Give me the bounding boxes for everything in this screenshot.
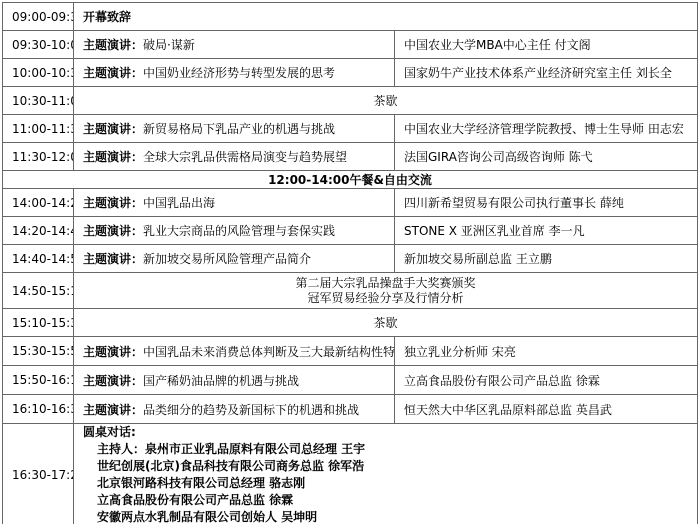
session-type-label: 主题演讲： <box>83 150 143 164</box>
session-type-label: 主题演讲： <box>83 196 143 210</box>
speaker-cell: 四川新希望贸易有限公司执行董事长 薛纯 <box>395 189 698 217</box>
table-row: 11:00-11:30 主题演讲：新贸易格局下乳品产业的机遇与挑战 中国农业大学… <box>3 115 698 143</box>
time-cell: 10:00-10:30 <box>3 59 74 87</box>
topic-cell: 主题演讲：新贸易格局下乳品产业的机遇与挑战 <box>74 115 395 143</box>
topic-cell: 主题演讲：乳业大宗商品的风险管理与套保实践 <box>74 217 395 245</box>
speaker-cell: 国家奶牛产业技术体系产业经济研究室主任 刘长全 <box>395 59 698 87</box>
time-cell: 15:10-15:30 <box>3 309 74 337</box>
session-topic: 破局·谋新 <box>143 38 195 52</box>
session-type-label: 主题演讲： <box>83 252 143 266</box>
topic-cell: 主题演讲：新加坡交易所风险管理产品简介 <box>74 245 395 273</box>
speaker-cell: 恒天然大中华区乳品原料部总监 英昌武 <box>395 395 698 424</box>
roundtable-panelist: 世纪创展(北京)食品科技有限公司商务总监 徐军浩 <box>83 458 688 475</box>
session-topic: 新加坡交易所风险管理产品简介 <box>143 252 311 266</box>
time-cell: 09:30-10:00 <box>3 31 74 59</box>
table-row: 14:20-14:40 主题演讲：乳业大宗商品的风险管理与套保实践 STONE … <box>3 217 698 245</box>
topic-cell: 主题演讲：中国乳品出海 <box>74 189 395 217</box>
agenda-schedule: 09:00-09:30 开幕致辞 09:30-10:00 主题演讲：破局·谋新 … <box>0 0 700 524</box>
lunch-cell: 12:00-14:00午餐&自由交流 <box>3 171 698 189</box>
time-cell: 15:50-16:10 <box>3 366 74 395</box>
tea-break-cell: 茶歇 <box>74 87 698 115</box>
roundtable-title: 圆桌对话: <box>83 424 688 441</box>
agenda-table: 09:00-09:30 开幕致辞 09:30-10:00 主题演讲：破局·谋新 … <box>2 2 698 524</box>
time-cell: 09:00-09:30 <box>3 3 74 31</box>
speaker-cell: 中国农业大学MBA中心主任 付文阁 <box>395 31 698 59</box>
topic-cell: 主题演讲：中国奶业经济形势与转型发展的思考 <box>74 59 395 87</box>
speaker-cell: STONE X 亚洲区乳业首席 李一凡 <box>395 217 698 245</box>
session-type-label: 主题演讲： <box>83 403 143 417</box>
speaker-cell: 立高食品股份有限公司产品总监 徐霖 <box>395 366 698 395</box>
table-row: 14:50-15:10 第二届大宗乳品操盘手大奖赛颁奖 冠军贸易经验分享及行情分… <box>3 273 698 309</box>
session-topic: 乳业大宗商品的风险管理与套保实践 <box>143 224 335 238</box>
roundtable-cell: 圆桌对话: 主持人：泉州市正业乳品原料有限公司总经理 王宇 世纪创展(北京)食品… <box>74 424 698 524</box>
session-type-label: 主题演讲： <box>83 38 143 52</box>
tea-break-cell: 茶歇 <box>74 309 698 337</box>
topic-cell: 主题演讲：全球大宗乳品供需格局演变与趋势展望 <box>74 143 395 171</box>
session-topic: 中国乳品未来消费总体判断及三大最新结构性特点 <box>143 345 394 359</box>
time-cell: 16:30-17:20 <box>3 424 74 524</box>
opening-cell: 开幕致辞 <box>74 3 698 31</box>
table-row: 14:40-14:50 主题演讲：新加坡交易所风险管理产品简介 新加坡交易所副总… <box>3 245 698 273</box>
session-topic: 中国奶业经济形势与转型发展的思考 <box>143 66 335 80</box>
time-cell: 16:10-16:30 <box>3 395 74 424</box>
topic-cell: 主题演讲：破局·谋新 <box>74 31 395 59</box>
topic-cell: 主题演讲：中国乳品未来消费总体判断及三大最新结构性特点 <box>74 337 395 366</box>
topic-cell: 主题演讲：品类细分的趋势及新国标下的机遇和挑战 <box>74 395 395 424</box>
roundtable-panelist: 北京银河路科技有限公司总经理 骆志刚 <box>83 475 688 492</box>
topic-cell: 主题演讲：国产稀奶油品牌的机遇与挑战 <box>74 366 395 395</box>
session-topic: 新贸易格局下乳品产业的机遇与挑战 <box>143 122 335 136</box>
time-cell: 14:40-14:50 <box>3 245 74 273</box>
session-topic: 品类细分的趋势及新国标下的机遇和挑战 <box>143 403 359 417</box>
roundtable-panelist: 立高食品股份有限公司产品总监 徐霖 <box>83 492 688 509</box>
award-cell: 第二届大宗乳品操盘手大奖赛颁奖 冠军贸易经验分享及行情分析 <box>74 273 698 309</box>
session-type-label: 主题演讲： <box>83 66 143 80</box>
session-type-label: 主题演讲： <box>83 345 143 359</box>
award-line-2: 冠军贸易经验分享及行情分析 <box>83 291 688 306</box>
table-row: 10:30-11:00 茶歇 <box>3 87 698 115</box>
table-row: 15:50-16:10 主题演讲：国产稀奶油品牌的机遇与挑战 立高食品股份有限公… <box>3 366 698 395</box>
table-row: 16:30-17:20 圆桌对话: 主持人：泉州市正业乳品原料有限公司总经理 王… <box>3 424 698 524</box>
session-topic: 中国乳品出海 <box>143 196 215 210</box>
time-cell: 14:00-14:20 <box>3 189 74 217</box>
table-row: 16:10-16:30 主题演讲：品类细分的趋势及新国标下的机遇和挑战 恒天然大… <box>3 395 698 424</box>
speaker-cell: 独立乳业分析师 宋亮 <box>395 337 698 366</box>
roundtable-panelist: 安徽两点水乳制品有限公司创始人 吴坤明 <box>83 509 688 524</box>
roundtable-moderator: 主持人：泉州市正业乳品原料有限公司总经理 王宇 <box>83 441 688 458</box>
table-row: 15:30-15:50 主题演讲：中国乳品未来消费总体判断及三大最新结构性特点 … <box>3 337 698 366</box>
speaker-cell: 法国GIRA咨询公司高级咨询师 陈弋 <box>395 143 698 171</box>
speaker-cell: 中国农业大学经济管理学院教授、博士生导师 田志宏 <box>395 115 698 143</box>
table-row: 11:30-12:00 主题演讲：全球大宗乳品供需格局演变与趋势展望 法国GIR… <box>3 143 698 171</box>
time-cell: 11:30-12:00 <box>3 143 74 171</box>
session-topic: 国产稀奶油品牌的机遇与挑战 <box>143 374 299 388</box>
session-type-label: 主题演讲： <box>83 122 143 136</box>
award-line-1: 第二届大宗乳品操盘手大奖赛颁奖 <box>83 276 688 291</box>
time-cell: 14:20-14:40 <box>3 217 74 245</box>
time-cell: 10:30-11:00 <box>3 87 74 115</box>
table-row: 15:10-15:30 茶歇 <box>3 309 698 337</box>
table-row: 12:00-14:00午餐&自由交流 <box>3 171 698 189</box>
time-cell: 11:00-11:30 <box>3 115 74 143</box>
table-row: 09:30-10:00 主题演讲：破局·谋新 中国农业大学MBA中心主任 付文阁 <box>3 31 698 59</box>
table-row: 14:00-14:20 主题演讲：中国乳品出海 四川新希望贸易有限公司执行董事长… <box>3 189 698 217</box>
session-type-label: 主题演讲： <box>83 374 143 388</box>
session-topic: 全球大宗乳品供需格局演变与趋势展望 <box>143 150 347 164</box>
session-type-label: 主题演讲： <box>83 224 143 238</box>
table-row: 10:00-10:30 主题演讲：中国奶业经济形势与转型发展的思考 国家奶牛产业… <box>3 59 698 87</box>
speaker-cell: 新加坡交易所副总监 王立鹏 <box>395 245 698 273</box>
time-cell: 15:30-15:50 <box>3 337 74 366</box>
table-row: 09:00-09:30 开幕致辞 <box>3 3 698 31</box>
time-cell: 14:50-15:10 <box>3 273 74 309</box>
